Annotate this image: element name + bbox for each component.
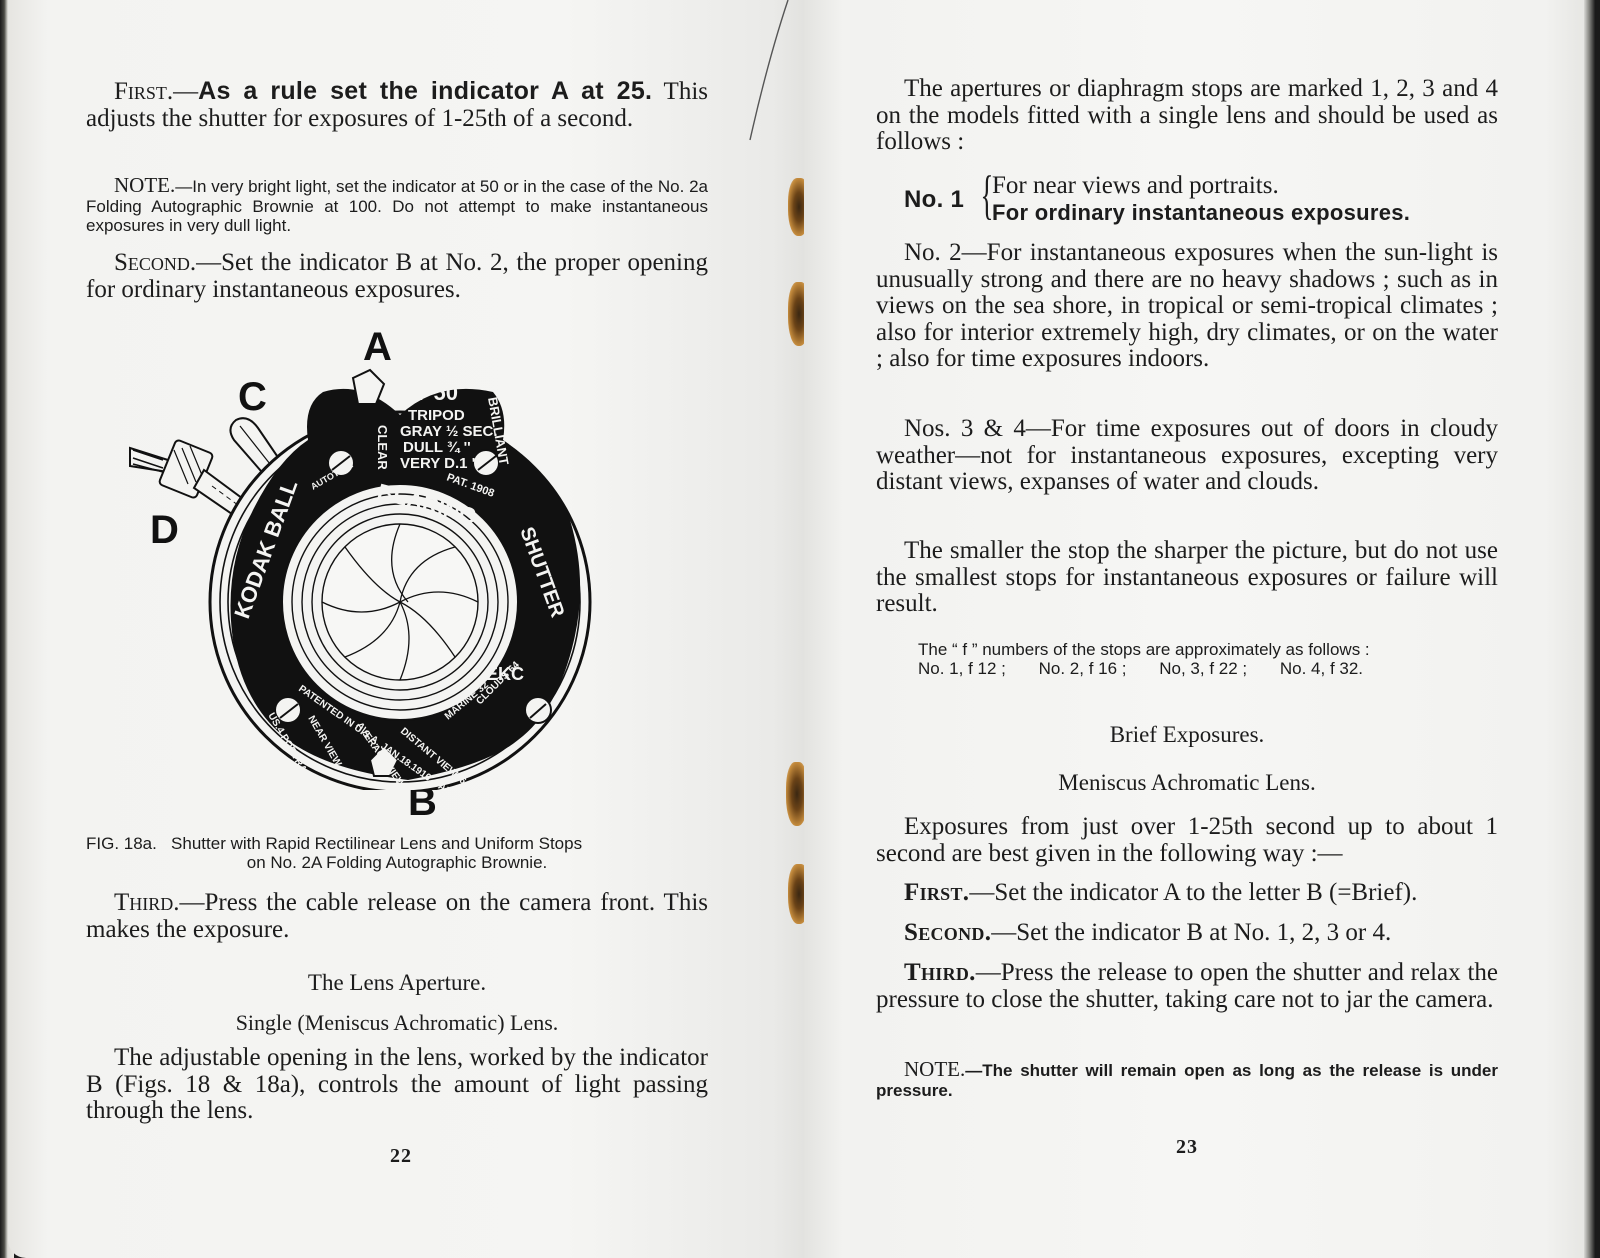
svg-text:CLEAR: CLEAR: [375, 425, 390, 470]
third-instruction: Third.—Press the cable release on the ca…: [86, 890, 708, 943]
nos34-usage: Nos. 3 & 4—For time exposures out of doo…: [876, 416, 1498, 496]
section-title-lens-aperture: The Lens Aperture.: [86, 970, 708, 996]
shutter-figure: A C D B: [108, 320, 628, 820]
apertures-intro: The apertures or diaphragm stops are mar…: [876, 76, 1498, 156]
brief-first-text: —Set the indicator A to the letter B (=B…: [969, 879, 1417, 906]
brief-first-label: First.: [904, 879, 969, 906]
right-page: The apertures or diaphragm stops are mar…: [804, 0, 1584, 1258]
brief-exposures-title: Brief Exposures.: [876, 722, 1498, 748]
svg-text:B T 50: B T 50: [392, 380, 458, 405]
note-label: NOTE.: [904, 1057, 965, 1081]
note-shutter-open: NOTE.—The shutter will remain open as lo…: [876, 1060, 1498, 1100]
brief-third-label: Third.: [904, 959, 976, 986]
note-text: —In very bright light, set the indicator…: [86, 177, 708, 235]
brief-exposures-subtitle: Meniscus Achromatic Lens.: [876, 770, 1498, 796]
note-label: NOTE.: [114, 173, 175, 197]
page-crease: [748, 0, 808, 150]
f-number-item: No. 2, f 16 ;: [1039, 659, 1127, 678]
figure-caption: FIG. 18a. Shutter with Rapid Rectilinear…: [86, 834, 708, 872]
caption-line-2: on No. 2A Folding Autographic Brownie.: [86, 853, 708, 872]
no1-line-2: For ordinary instantaneous exposures.: [992, 200, 1410, 226]
svg-text:DULL ¾ '': DULL ¾ '': [403, 439, 471, 456]
no2-usage: No. 2—For instantaneous exposures when t…: [876, 240, 1498, 373]
f-numbers-row: No. 1, f 12 ; No. 2, f 16 ; No, 3, f 22 …: [918, 659, 1498, 678]
f-number-item: No, 3, f 22 ;: [1159, 659, 1247, 678]
second-label: Second.: [114, 249, 196, 276]
first-bold-text: As a rule set the indicator A at 25.: [198, 77, 652, 105]
first-instruction: First.—As a rule set the indicator A at …: [86, 78, 708, 132]
svg-text:EKC: EKC: [486, 664, 524, 684]
section-subtitle-single-lens: Single (Meniscus Achromatic) Lens.: [86, 1010, 708, 1036]
kodak-shutter-illustration-icon: B T 50 TRIPOD GRAY ½ SEC. DULL ¾ '' VERY…: [108, 320, 628, 790]
right-book-edge: [1584, 0, 1600, 1258]
no1-label: No. 1: [904, 186, 964, 214]
brief-second-label: Second.: [904, 919, 991, 946]
brief-first-step: First.—Set the indicator A to the letter…: [876, 880, 1498, 907]
no1-usage: No. 1 { For near views and portraits. Fo…: [904, 172, 1504, 232]
note-text: —The shutter will remain open as long as…: [876, 1061, 1498, 1100]
f-numbers-table: The “ f ” numbers of the stops are appro…: [918, 640, 1498, 678]
third-label: Third.: [114, 889, 180, 916]
left-page: First.—As a rule set the indicator A at …: [8, 0, 804, 1258]
svg-text:VERY D.1 '': VERY D.1 '': [400, 455, 479, 472]
page-number-left: 22: [390, 1145, 412, 1168]
svg-text:GRAY ½ SEC.: GRAY ½ SEC.: [400, 423, 498, 440]
second-instruction: Second.—Set the indicator B at No. 2, th…: [86, 250, 708, 303]
svg-text:TRIPOD: TRIPOD: [408, 407, 465, 424]
brief-intro: Exposures from just over 1-25th second u…: [876, 814, 1498, 867]
smaller-stop-paragraph: The smaller the stop the sharper the pic…: [876, 538, 1498, 618]
f-numbers-intro: The “ f ” numbers of the stops are appro…: [918, 640, 1498, 659]
f-number-item: No. 1, f 12 ;: [918, 659, 1006, 678]
third-text: —Press the cable release on the camera f…: [86, 889, 708, 943]
brief-second-step: Second.—Set the indicator B at No. 1, 2,…: [876, 920, 1498, 947]
brief-third-step: Third.—Press the release to open the shu…: [876, 960, 1498, 1013]
aperture-paragraph: The adjustable opening in the lens, work…: [86, 1045, 708, 1125]
brief-second-text: —Set the indicator B at No. 1, 2, 3 or 4…: [991, 919, 1391, 946]
page-number-right: 23: [1176, 1136, 1198, 1159]
first-label: First.: [114, 78, 173, 105]
caption-label: FIG. 18a.: [86, 834, 157, 853]
booklet-spread: First.—As a rule set the indicator A at …: [0, 0, 1600, 1258]
f-number-item: No. 4, f 32.: [1280, 659, 1363, 678]
note-bright-light: NOTE.—In very bright light, set the indi…: [86, 176, 708, 236]
caption-line-1: Shutter with Rapid Rectilinear Lens and …: [171, 834, 582, 853]
no1-line-1: For near views and portraits.: [992, 172, 1279, 200]
